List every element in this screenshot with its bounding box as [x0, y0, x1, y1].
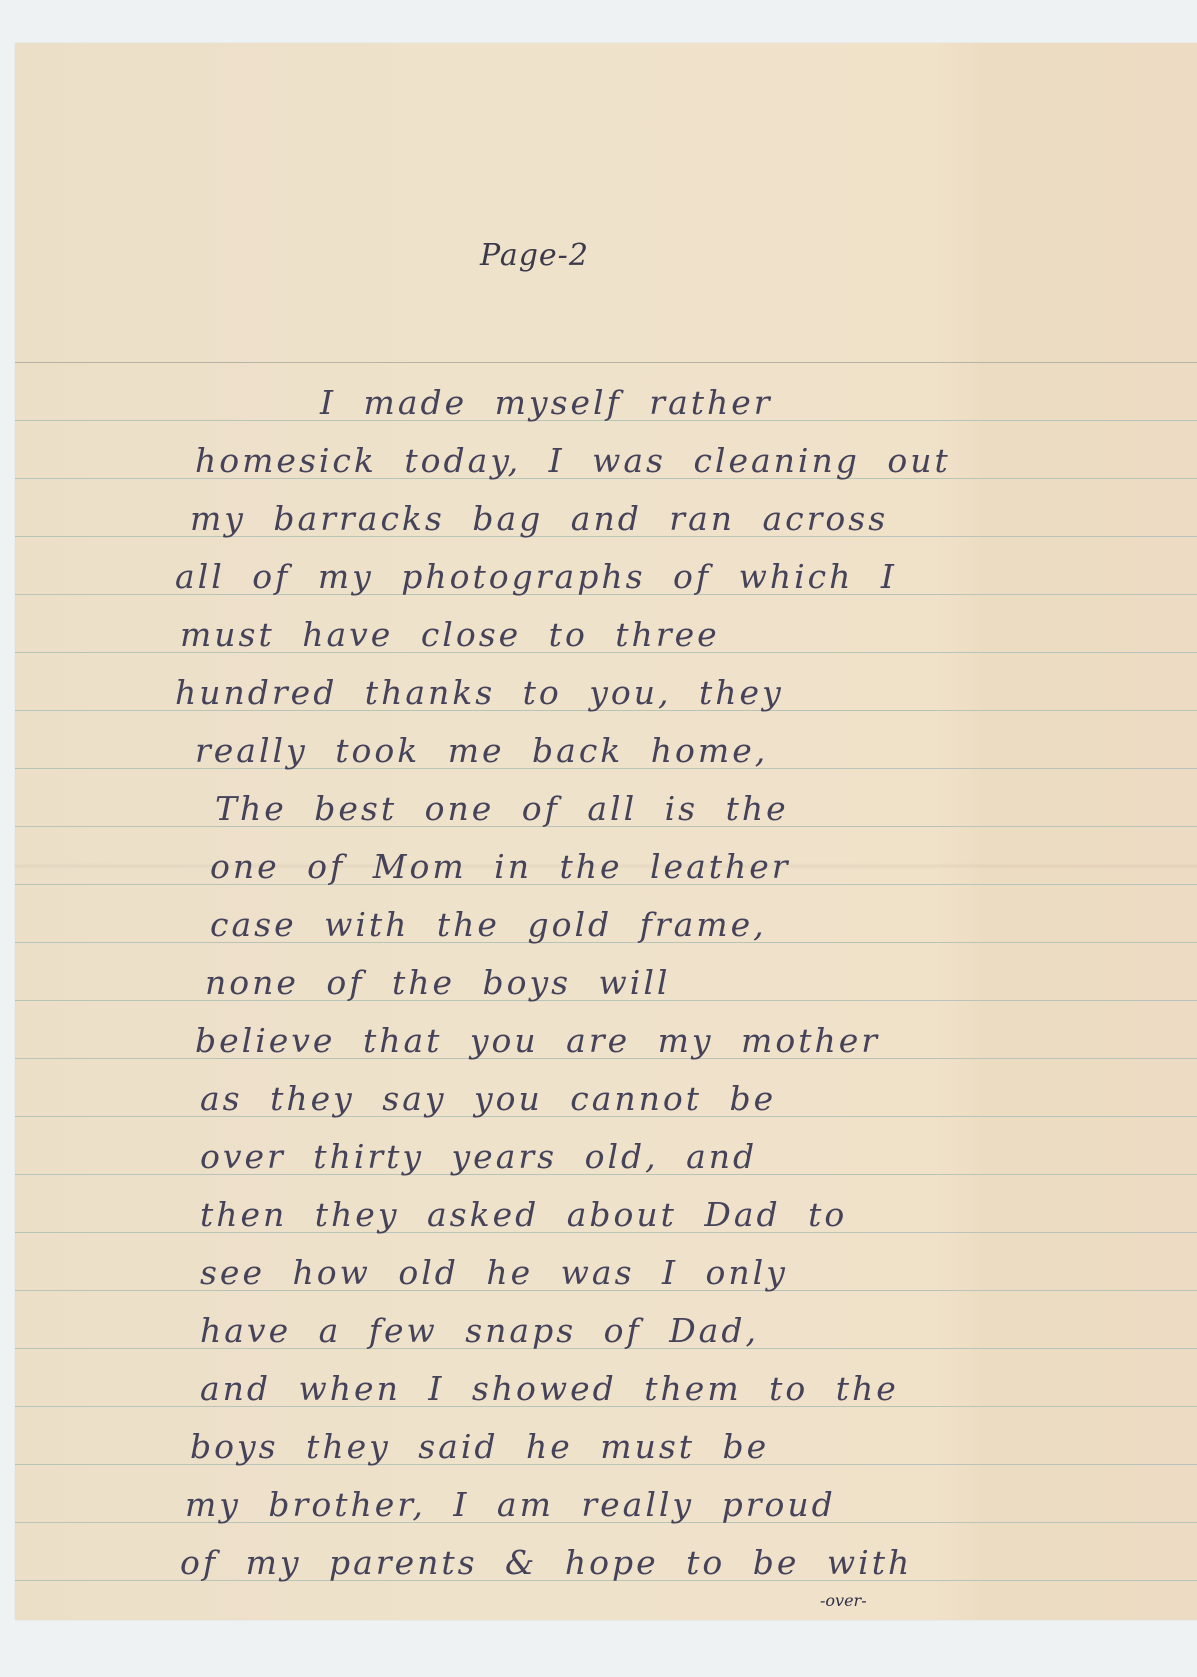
- page-number-heading: Page-2: [480, 238, 589, 273]
- continuation-note: -over-: [820, 1591, 867, 1610]
- letter-line: and when I showed them to the: [200, 1369, 899, 1408]
- letter-line: have a few snaps of Dad,: [200, 1311, 759, 1350]
- letter-line: I made myself rather: [320, 383, 773, 422]
- letter-line: all of my photographs of which I: [175, 557, 897, 596]
- letter-line: The best one of all is the: [215, 789, 789, 828]
- letter-line: boys they said he must be: [190, 1427, 769, 1466]
- letter-line: see how old he was I only: [200, 1253, 788, 1292]
- letter-paper: Page-2 I made myself rather homesick tod…: [15, 43, 1197, 1620]
- letter-line: none of the boys will: [205, 963, 670, 1002]
- letter-line: as they say you cannot be: [200, 1079, 776, 1118]
- letter-line: believe that you are my mother: [195, 1021, 880, 1060]
- letter-line: really took me back home,: [195, 731, 768, 770]
- letter-line: then they asked about Dad to: [200, 1195, 847, 1234]
- letter-line: one of Mom in the leather: [210, 847, 791, 886]
- letter-line: over thirty years old, and: [200, 1137, 757, 1176]
- letter-line: of my parents & hope to be with: [180, 1543, 912, 1582]
- letter-line: homesick today, I was cleaning out: [195, 441, 951, 480]
- letter-line: my barracks bag and ran across: [190, 499, 888, 538]
- letter-line: hundred thanks to you, they: [175, 673, 784, 712]
- letter-line: case with the gold frame,: [210, 905, 767, 944]
- ruled-line: [15, 362, 1197, 363]
- letter-line: must have close to three: [180, 615, 720, 654]
- letter-line: my brother, I am really proud: [185, 1485, 836, 1524]
